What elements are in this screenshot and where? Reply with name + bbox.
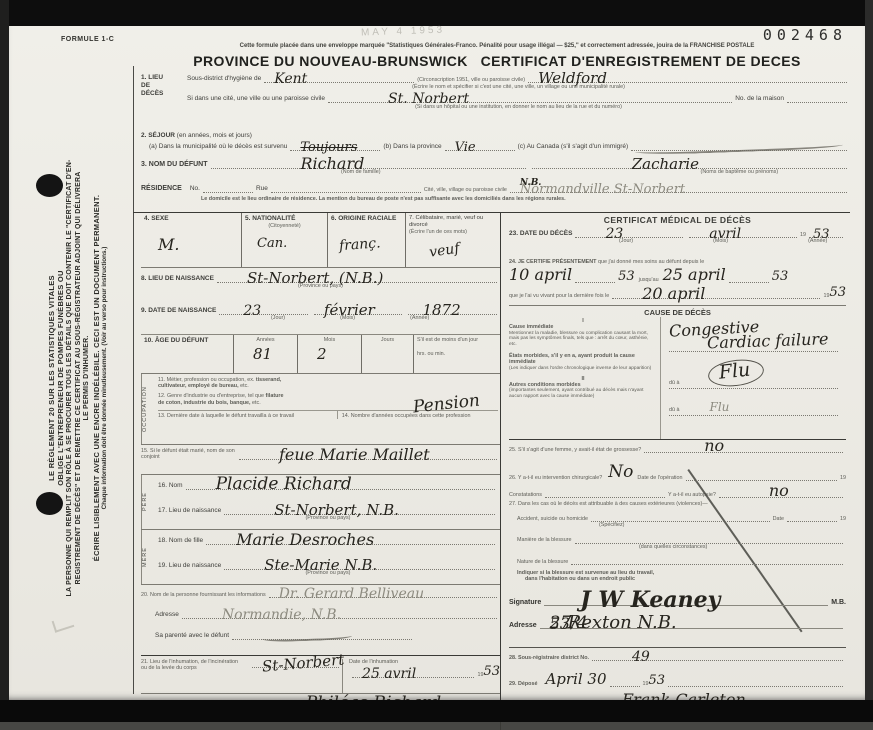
age-table: 10. ÂGE DU DÉFUNT Années 81 Mois 2 Jours… (141, 334, 500, 374)
chirurgie-block: 26. Y a-t-il eu intervention chirurgical… (509, 464, 846, 498)
section-lieu-de-deces: 1. LIEU DE DÉCÈS Sous-district d'hygiène… (141, 74, 850, 111)
sexe-cell: 4. SEXE M. (141, 213, 241, 267)
du-a-label-1: dû à (669, 380, 680, 386)
sejour-c-crossed-out-scribble (635, 139, 843, 155)
dob-day-note: (Jour) (271, 315, 285, 321)
nature-line (571, 556, 843, 565)
constatations-label: Constatations (509, 492, 542, 498)
cause-immediate-value-2: Cardiac failure (707, 331, 846, 352)
etat-civil-sub: (Écrire l'un de ces mots) (409, 229, 497, 235)
lieu-note-2: (Si dans un hôpital ou une institution, … (187, 104, 850, 110)
field-1-heading: 1. LIEU DE DÉCÈS (141, 74, 187, 111)
dod-year: 53 (813, 228, 830, 241)
causes-exterieures-label: 27. Dans les cas où le décès est attribu… (509, 501, 846, 507)
sexe-label: 4. SEXE (144, 215, 238, 223)
sejour-a-value: Toujours (300, 141, 357, 154)
signature-line: J W Keaney (544, 597, 828, 606)
signature-label: Signature (509, 599, 541, 606)
jusquau-label: jusqu'au (639, 277, 659, 283)
mere-nom-line: Marie Desroches (206, 536, 495, 545)
accident-year-prefix: 19 (840, 516, 846, 522)
sejour-a-line: Toujours (290, 142, 380, 151)
certificate-serial-number: 002468 (763, 26, 847, 44)
accident-date-line (787, 513, 837, 522)
etats-morbides-value: Flu (706, 357, 764, 389)
margin-line: LA PERSONNE QUI REMPLIT SON RÔLE À SE PR… (66, 82, 75, 674)
inhumation-row: 21. Lieu de l'inhumation, de l'incinérat… (141, 656, 500, 694)
age-underday-units: hrs. ou min. (417, 351, 497, 357)
soins-depuis-line (575, 274, 615, 283)
dob-day: 23 (243, 304, 261, 318)
soins-jusqua-line (729, 274, 769, 283)
chirurgie-label: 26. Y a-t-il eu intervention chirurgical… (509, 475, 602, 481)
informant-value: Dr. Gerard Belliveau (279, 587, 424, 601)
lieu-naissance-row: 8. LIEU DE NAISSANCE St-Norbert, (N.B.) … (141, 268, 500, 302)
residence-rue-line (271, 184, 421, 193)
age-label: 10. ÂGE DU DÉFUNT (144, 337, 230, 345)
date-naissance-label: 9. DATE DE NAISSANCE (141, 307, 216, 315)
lieu-naissance-line: St-Norbert, (N.B.) (217, 274, 497, 283)
subdistrict-line: Kent (264, 74, 414, 83)
scan-border-left (0, 0, 9, 722)
sejour-b-value: Vie (455, 141, 476, 154)
residence-city-line: Normandville St-Norbert N.B. (510, 184, 847, 193)
age-underday-cell: S'il est de moins d'un jour hrs. ou min. (413, 335, 500, 373)
informant-adresse-label: Adresse (141, 611, 179, 619)
pere-lieu-line: St-Norbert, N.B. (224, 506, 495, 515)
scan-border-top (0, 0, 873, 26)
death-certificate-document: FORMULE 1-C 002468 MAY 4 1953 LE RÈGLEME… (9, 26, 865, 700)
section-sejour: 2. SÉJOUR (en années, mois et jours) (a)… (141, 132, 850, 151)
city-parish-line: St. Norbert (328, 94, 732, 103)
maniere-label: Manière de la blessure (517, 537, 572, 543)
conjoint-row: 15. Si le défunt était marié, nom de son… (141, 445, 500, 475)
dod-day: 23 (605, 227, 623, 241)
mere-lieu-value: Ste-Marie N.B. (264, 558, 377, 573)
signature-degree: M.B. (831, 599, 846, 606)
sejour-c-line (631, 142, 847, 151)
givenname-line: Zacharie (532, 160, 847, 169)
date-deces-row: 23. DATE DU DÉCÈS 23 avril 19 53 (Jour) … (509, 225, 846, 255)
right-column: CERTIFICAT MÉDICAL DE DÉCÈS 23. DATE DU … (501, 213, 850, 722)
depose-filler-line (668, 678, 843, 687)
sous-registraire-line: 49 (592, 652, 843, 661)
pere-nom-value: Placide Richard (216, 476, 352, 493)
soins-depuis-value: 10 april (509, 267, 572, 283)
sejour-c-label: (c) Au Canada (s'il s'agit d'un immigré) (518, 143, 629, 151)
subdistrict-value: Kent (274, 72, 307, 86)
soins-jusqua-annee: 53 (772, 270, 789, 283)
pere-nom-line: Placide Richard (186, 481, 495, 490)
form-number: FORMULE 1-C (61, 36, 114, 43)
soins-jusqua-value: 25 april (663, 267, 726, 283)
circonscription-label: (Circonscription 1951, ville ou paroisse… (417, 77, 525, 83)
chirurgie-value: No (608, 464, 633, 481)
residence-city-label: Cité, ville, village ou paroisse civile (424, 187, 507, 193)
cause-deces-title: CAUSE DE DÉCÈS (509, 308, 846, 317)
origine-label: 6. ORIGINE RACIALE (331, 215, 402, 223)
margin-line: LE PERMIS D'INHUMER. (83, 82, 92, 674)
city-parish-label: Si dans une cité, une ville ou une paroi… (187, 95, 325, 103)
nature-label: Nature de la blessure (517, 559, 568, 565)
operation-date-label: Date de l'opération (637, 475, 682, 481)
margin-line: Chaque information doit être donnée minu… (101, 82, 109, 674)
residence-no-label: No. (190, 185, 200, 193)
section-residence: RÉSIDENCE No. Rue Cité, ville, village o… (141, 184, 850, 202)
residence-rue-label: Rue (256, 185, 268, 193)
grossesse-value: no (704, 438, 724, 454)
accident-line (591, 513, 770, 522)
informant-parente-line (232, 631, 412, 640)
adresse-label: Adresse (509, 622, 537, 629)
autopsie-line: no (719, 489, 843, 498)
nationalite-label: 5. NATIONALITÉ (245, 215, 324, 223)
age-days-cell: Jours (361, 335, 413, 373)
scan-border-right (865, 0, 873, 722)
informant-block: 20. Nom de la personne fournissant les i… (141, 585, 500, 656)
constatations-line (545, 489, 665, 498)
residence-no-line (203, 184, 253, 193)
inhumation-date-line: 25 avril (352, 669, 474, 678)
section-nom-du-defunt: 3. NOM DU DÉFUNT Richard Zacharie (Nom d… (141, 160, 850, 175)
pere-nom-label: 16. Nom (158, 482, 183, 490)
age-months-cell: Mois 2 (297, 335, 361, 373)
mere-nom-value: Marie Desroches (236, 532, 374, 548)
du-a-label-2: dû à (669, 407, 680, 413)
givenname-value: Zacharie (632, 157, 699, 172)
occupation-side-label: OCCUPATION (141, 374, 154, 444)
dob-year: 1872 (422, 303, 460, 318)
mere-lieu-line: Ste-Marie N.B. (224, 561, 495, 570)
conjoint-line: feue Marie Maillet (239, 451, 497, 460)
sejour-label: 2. SÉJOUR (141, 132, 175, 139)
informant-parente-scribble (262, 630, 352, 642)
etat-civil-cell: 7. Célibataire, marié, veuf ou divorcé (… (405, 213, 500, 267)
postal-notice: Cette formule placée dans une enveloppe … (143, 43, 851, 49)
accident-note: (Spécifiez) (599, 522, 846, 528)
mere-lieu-label: 19. Lieu de naissance (158, 562, 221, 570)
nationalite-cell: 5. NATIONALITÉ (Citoyenneté) Can. (241, 213, 327, 267)
operation-date-line (686, 472, 837, 481)
age-months-value: 2 (317, 347, 358, 362)
informant-line: Dr. Gerard Belliveau (269, 589, 497, 598)
house-no-line (787, 94, 847, 103)
dob-day-line: 23 (219, 306, 308, 315)
pere-lieu-label: 17. Lieu de naissance (158, 507, 221, 515)
certifie-block: 24. JE CERTIFIE PRÉSENTEMENT que j'ai do… (509, 255, 846, 306)
inhumation-year-value: 53 (483, 665, 500, 678)
depose-date-value: April 30 (545, 672, 606, 687)
age-days-label: Jours (365, 337, 410, 343)
adresse-line: Rexton N.B. 27/4 53 (540, 620, 843, 629)
givenname-note: (Noms de baptême ou prénoms) (701, 169, 779, 175)
pere-lieu-value: St-Norbert, N.B. (274, 503, 399, 518)
inhumation-lieu-line: St-Norbert (252, 659, 339, 668)
soins-depuis-annee: 53 (618, 270, 635, 283)
cause-immediate-note: Mentionnez la maladie, blessure ou compl… (509, 331, 657, 348)
inhumation-date-value: 25 avril (362, 667, 416, 681)
conjoint-value: feue Marie Maillet (279, 447, 430, 463)
house-no-label: No. de la maison (735, 95, 784, 103)
date-naissance-row: 9. DATE DE NAISSANCE 23 février 1872 (Jo… (141, 302, 500, 334)
margin-line: REGISTREMENT DE DÉCÈS" ET DE REMETTRE CE… (75, 82, 84, 674)
grossesse-label: 25. S'il s'agit d'une femme, y avait-il … (509, 447, 641, 453)
autres-conditions-value: Flu (710, 401, 730, 413)
physician-signature: J W Keaney (580, 589, 720, 611)
nationalite-sub: (Citoyenneté) (245, 223, 324, 229)
age-years-value: 81 (253, 347, 294, 362)
lieu-naissance-value: St-Norbert, (N.B.) (247, 271, 383, 286)
dob-month: février (324, 303, 375, 318)
physician-signature-block: Signature J W Keaney M.B. Adresse Rexton… (509, 597, 846, 647)
inhumation-lieu-value: St-Norbert (262, 652, 345, 674)
depose-date-line (610, 678, 640, 687)
inhumation-label: 21. Lieu de l'inhumation, de l'incinérat… (141, 659, 249, 693)
depose-year-value: 53 (649, 674, 666, 687)
field-1-number: 1. (141, 74, 146, 81)
vu-vivant-annee: 53 (829, 286, 846, 299)
sejour-a-label: (a) Dans la municipalité où le décès est… (141, 143, 287, 151)
grossesse-line: no (644, 444, 843, 453)
left-margin-notice: LE RÈGLEMENT 20 SUR LES STATISTIQUES VIT… (47, 82, 109, 674)
medical-certificate-title: CERTIFICAT MÉDICAL DE DÉCÈS (509, 215, 846, 225)
autres-conditions-note: (importantes seulement, ayant contribué … (509, 388, 657, 399)
nom-defunt-label: 3. NOM DU DÉFUNT (141, 161, 208, 169)
sejour-label-rest: (en années, mois et jours) (175, 132, 252, 139)
vu-vivant-value: 20 april (642, 286, 705, 302)
margin-line: OBLIGE L'ENTREPRENEUR DE POMPES FUNÈBRES… (56, 82, 65, 674)
residence-label: RÉSIDENCE (141, 185, 182, 193)
etat-civil-value: veuf (428, 236, 497, 259)
origine-value: franç. (339, 235, 403, 253)
dod-year-prefix: 19 (800, 232, 806, 238)
sexe-value: M. (158, 237, 238, 253)
demographics-table: 4. SEXE M. 5. NATIONALITÉ (Citoyenneté) … (141, 213, 500, 268)
informant-parente-label: Sa parenté avec le défunt (141, 632, 229, 640)
surname-value: Richard (301, 156, 365, 172)
dod-month-line: avril (689, 229, 797, 238)
vu-vivant-label: que je l'ai vu vivant pour la dernière f… (509, 293, 609, 299)
vu-vivant-line: 20 april (612, 290, 820, 299)
age-years-cell: Années 81 (233, 335, 297, 373)
occupation-block: OCCUPATION 11. Métier, profession ou occ… (141, 374, 500, 445)
informant-adresse-value: Normandie, N.B. (222, 608, 341, 622)
depose-label: 29. Déposé (509, 681, 537, 687)
metier-label-2: cultivateur, employé de bureau, etc. (158, 383, 498, 389)
mere-nom-label: 18. Nom de fille (158, 537, 203, 545)
lieu-naissance-label: 8. LIEU DE NAISSANCE (141, 275, 214, 283)
etats-morbides-note: (Les indiquer dans l'ordre chronologique… (509, 366, 657, 372)
causes-exterieures-block: 27. Dans les cas où le décès est attribu… (509, 498, 846, 597)
nationalite-value: Can. (257, 237, 324, 250)
city-parish-value: St. Norbert (388, 92, 469, 106)
informant-label: 20. Nom de la personne fournissant les i… (141, 592, 266, 598)
sous-registraire-label: 28. Sous-régistraire district No. (509, 655, 589, 661)
derniere-date-label: 13. Dernière date à laquelle le défunt t… (158, 411, 338, 419)
grossesse-row: 25. S'il s'agit d'une femme, y avait-il … (509, 440, 846, 464)
lieu-blessure-label-2: dans l'habitation ou dans un endroit pub… (509, 576, 846, 582)
age-months-label: Mois (301, 337, 358, 343)
dod-year-line: 53 (809, 229, 843, 238)
age-underday-label: S'il est de moins d'un jour (417, 337, 497, 343)
origine-cell: 6. ORIGINE RACIALE franç. (327, 213, 405, 267)
circonscription-line: Weldford (528, 74, 847, 83)
autopsie-value: no (769, 483, 789, 499)
signature-date-year: 53 (550, 616, 833, 632)
date-deces-label: 23. DATE DU DÉCÈS (509, 230, 572, 238)
dod-day-line: 23 (575, 229, 683, 238)
sejour-b-line: Vie (445, 142, 515, 151)
circonscription-value: Weldford (538, 71, 607, 86)
page-title: PROVINCE DU NOUVEAU-BRUNSWICK CERTIFICAT… (143, 53, 851, 69)
sous-registraire-value: 49 (632, 650, 650, 664)
etats-morbides-label: États morbides, s'il y en a, ayant produ… (509, 353, 657, 365)
age-years-label: Années (237, 337, 294, 343)
etat-civil-label: 7. Célibataire, marié, veuf ou divorcé (409, 215, 497, 229)
cause-deces-block: I Cause immédiate Mentionnez la maladie,… (509, 317, 846, 440)
margin-line: ÉCRIRE LISIBLEMENT AVEC UNE ENCRE INDÉLÉ… (92, 82, 101, 674)
dod-month: avril (709, 227, 741, 241)
received-date-stamp: MAY 4 1953 (361, 25, 445, 39)
age-label-cell: 10. ÂGE DU DÉFUNT (141, 335, 233, 373)
informant-adresse-line: Normandie, N.B. (182, 610, 497, 619)
residence-province-value: N.B. (520, 179, 841, 188)
dob-year-line: 1872 (408, 306, 497, 315)
accident-date-label: Date (773, 516, 784, 522)
subdistrict-label: Sous-district d'hygiène de (187, 75, 261, 83)
surname-line: Richard (211, 160, 526, 169)
mere-side-label: MÈRE (141, 530, 154, 584)
left-column: 4. SEXE M. 5. NATIONALITÉ (Citoyenneté) … (133, 213, 501, 722)
dob-month-line: février (314, 306, 403, 315)
mere-block: MÈRE 18. Nom de fille Marie Desroches 19… (141, 530, 500, 585)
pere-side-label: PÈRE (141, 475, 154, 529)
scan-border-bottom (0, 700, 873, 722)
operation-year-prefix: 19 (840, 475, 846, 481)
sejour-b-label: (b) Dans la province (383, 143, 441, 151)
form-body-columns: 4. SEXE M. 5. NATIONALITÉ (Citoyenneté) … (133, 212, 850, 722)
pere-block: PÈRE 16. Nom Placide Richard 17. Lieu de… (141, 475, 500, 530)
sous-registraire-row: 28. Sous-régistraire district No. 49 (509, 647, 846, 670)
margin-line: LE RÈGLEMENT 20 SUR LES STATISTIQUES VIT… (47, 82, 56, 674)
maniere-line (575, 535, 843, 544)
conjoint-label: 15. Si le défunt était marié, nom de son… (141, 448, 236, 460)
accident-label: Accident, suicide ou homicide (517, 516, 588, 522)
